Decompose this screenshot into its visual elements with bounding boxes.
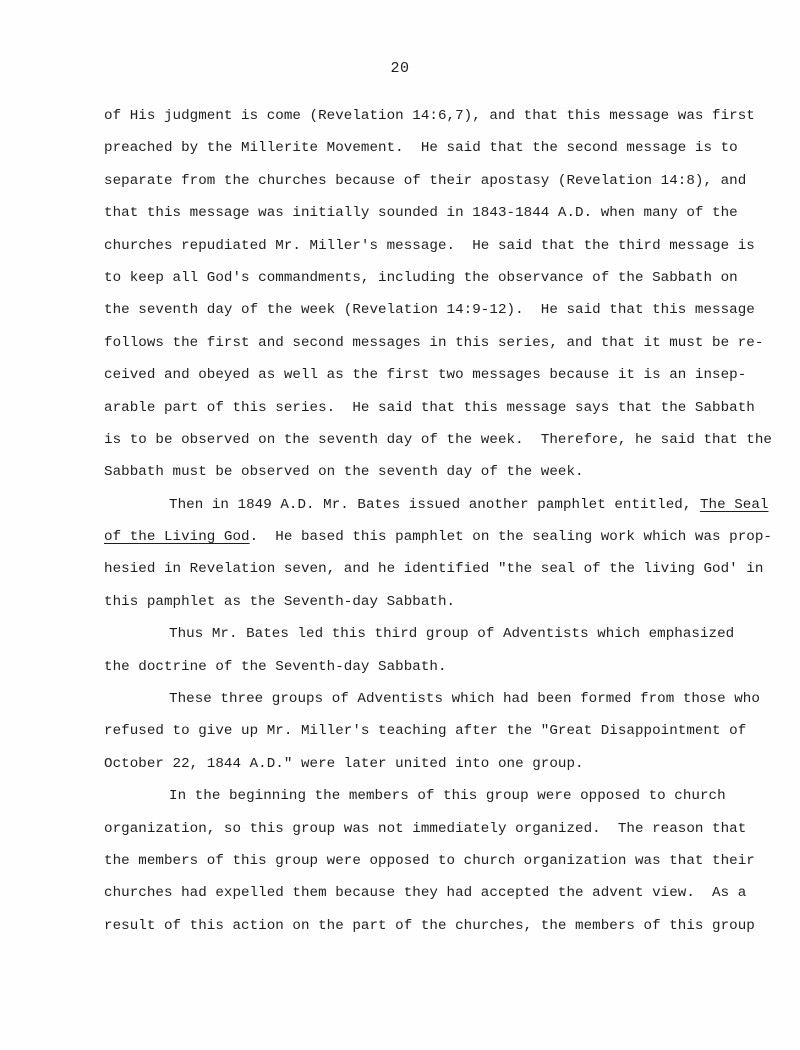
text-line: In the beginning the members of this gro… — [104, 780, 744, 812]
text-line: Thus Mr. Bates led this third group of A… — [104, 618, 744, 650]
text-line: arable part of this series. He said that… — [104, 392, 744, 424]
text-line: this pamphlet as the Seventh-day Sabbath… — [104, 586, 744, 618]
text-line: hesied in Revelation seven, and he ident… — [104, 553, 744, 585]
text-line: the doctrine of the Seventh-day Sabbath. — [104, 651, 744, 683]
text-line: organization, so this group was not imme… — [104, 813, 744, 845]
paragraph-three-groups-united: These three groups of Adventists which h… — [104, 683, 744, 780]
paragraph-third-group: Thus Mr. Bates led this third group of A… — [104, 618, 744, 683]
text-line: the members of this group were opposed t… — [104, 845, 744, 877]
text-line: ceived and obeyed as well as the first t… — [104, 359, 744, 391]
paragraph-seal-of-living-god: Then in 1849 A.D. Mr. Bates issued anoth… — [104, 489, 744, 619]
body-text: of His judgment is come (Revelation 14:6… — [104, 100, 744, 942]
text-line: of His judgment is come (Revelation 14:6… — [104, 100, 744, 132]
text-segment: Then in 1849 A.D. Mr. Bates issued anoth… — [169, 497, 700, 513]
page-number: 20 — [0, 60, 800, 77]
text-segment: . He based this pamphlet on the sealing … — [250, 529, 772, 545]
text-line: Sabbath must be observed on the seventh … — [104, 456, 744, 488]
text-line: These three groups of Adventists which h… — [104, 683, 744, 715]
text-line: result of this action on the part of the… — [104, 910, 744, 942]
document-page: 20 of His judgment is come (Revelation 1… — [0, 0, 800, 1050]
text-line: is to be observed on the seventh day of … — [104, 424, 744, 456]
text-line: follows the first and second messages in… — [104, 327, 744, 359]
text-line: that this message was initially sounded … — [104, 197, 744, 229]
text-line: churches repudiated Mr. Miller's message… — [104, 230, 744, 262]
text-line: of the Living God. He based this pamphle… — [104, 521, 744, 553]
text-line: the seventh day of the week (Revelation … — [104, 294, 744, 326]
text-line: churches had expelled them because they … — [104, 877, 744, 909]
pamphlet-title: of the Living God — [104, 529, 250, 545]
text-line: October 22, 1844 A.D." were later united… — [104, 748, 744, 780]
pamphlet-title: The Seal — [700, 497, 769, 513]
text-line: separate from the churches because of th… — [104, 165, 744, 197]
text-line: preached by the Millerite Movement. He s… — [104, 132, 744, 164]
text-line: refused to give up Mr. Miller's teaching… — [104, 715, 744, 747]
text-line: to keep all God's commandments, includin… — [104, 262, 744, 294]
paragraph-church-organization: In the beginning the members of this gro… — [104, 780, 744, 942]
paragraph-continued: of His judgment is come (Revelation 14:6… — [104, 100, 744, 489]
text-line: Then in 1849 A.D. Mr. Bates issued anoth… — [104, 489, 744, 521]
